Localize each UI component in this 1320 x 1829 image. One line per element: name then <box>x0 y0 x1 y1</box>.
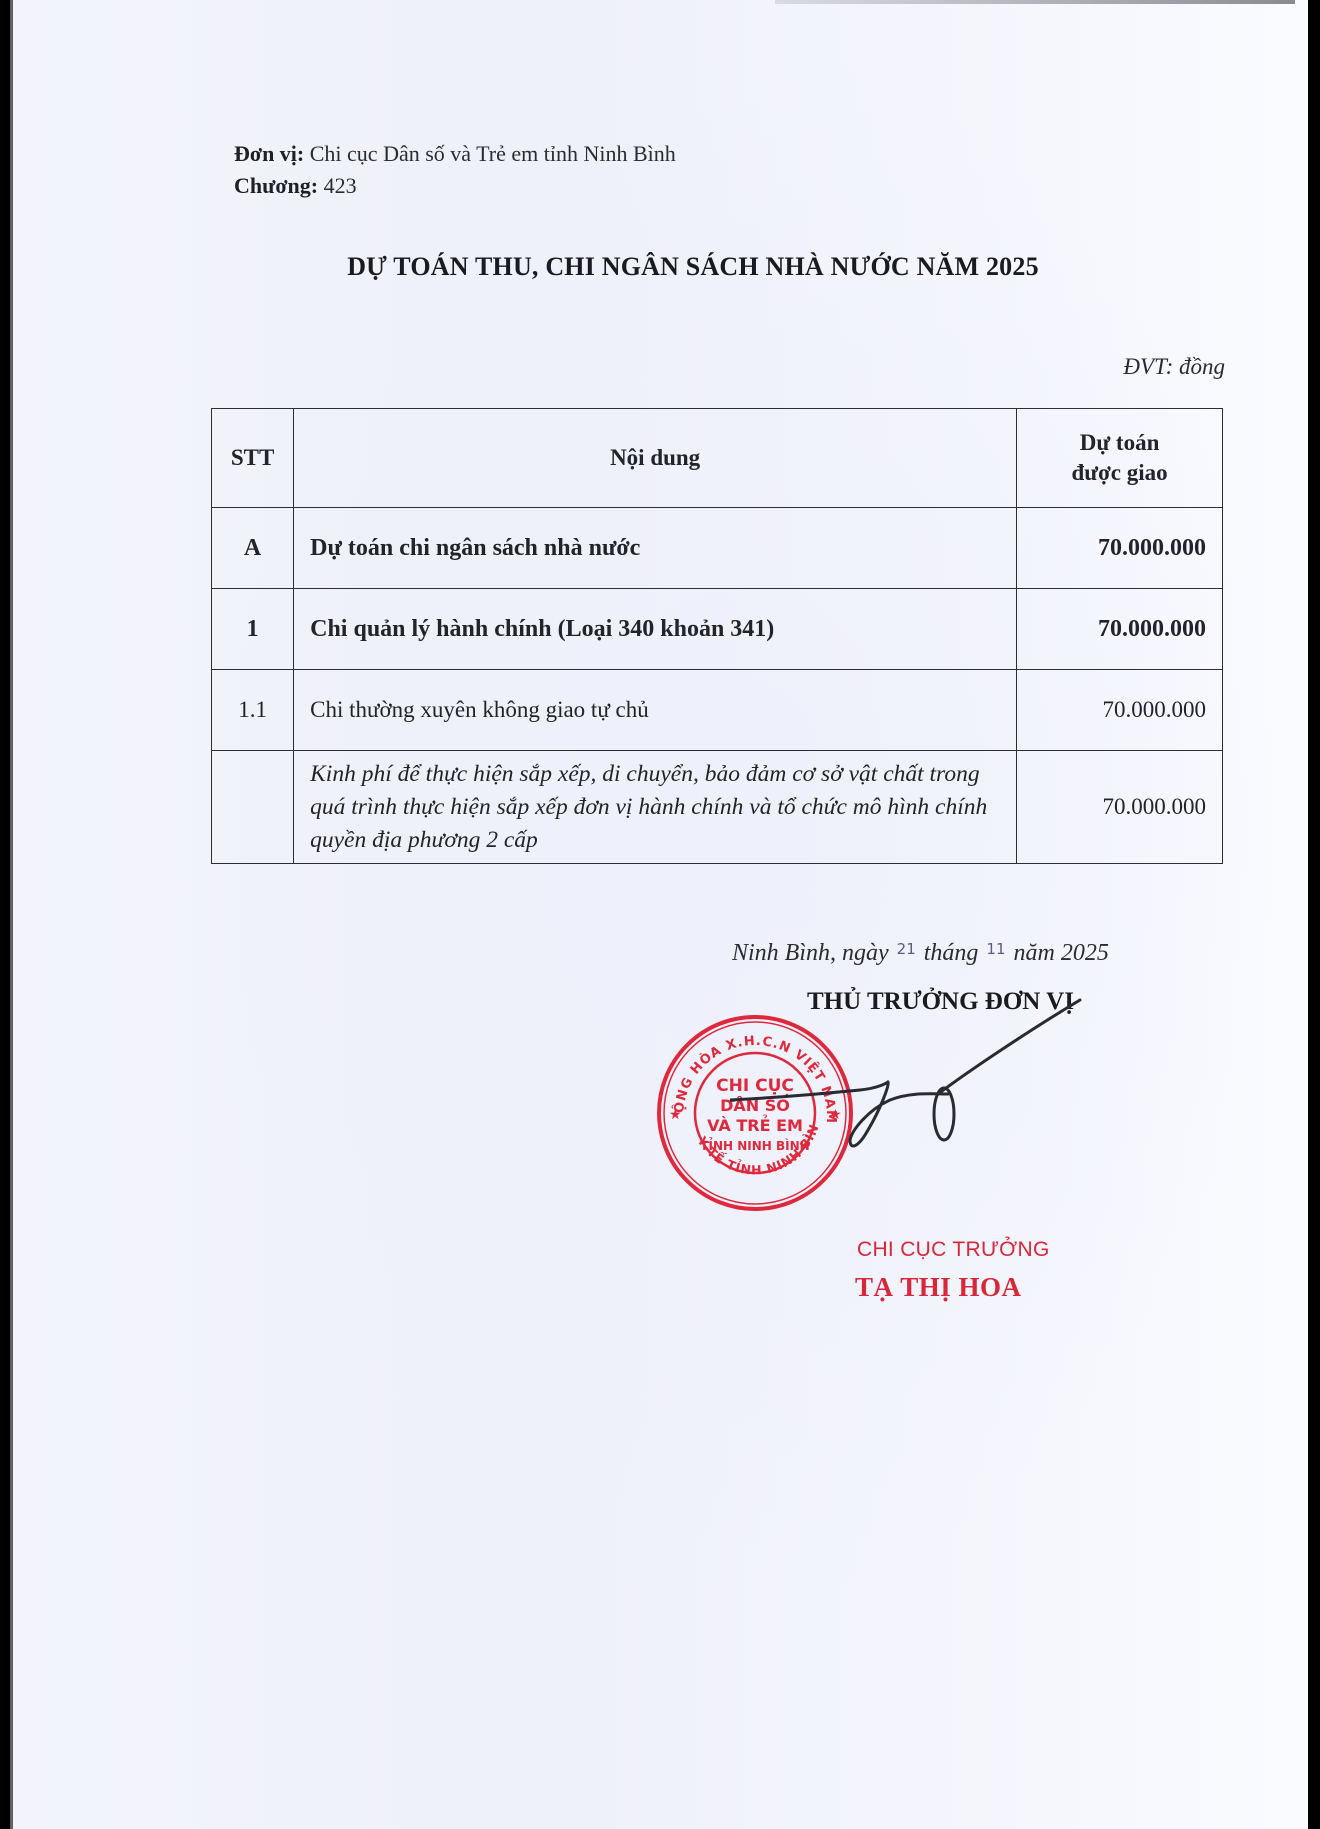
year-text: năm 2025 <box>1014 940 1109 966</box>
currency-unit-note: ĐVT: đồng <box>1123 354 1225 380</box>
row-amount: 70.000.000 <box>1017 508 1223 589</box>
chapter-value: 423 <box>324 173 357 198</box>
row-stt: A <box>212 508 294 589</box>
header-content: Nội dung <box>294 409 1017 508</box>
scan-edge-line <box>775 0 1295 4</box>
unit-value: Chi cục Dân số và Trẻ em tỉnh Ninh Bình <box>310 141 676 166</box>
handwritten-signature-icon <box>730 990 1170 1170</box>
unit-info: Đơn vị: Chi cục Dân số và Trẻ em tỉnh Ni… <box>234 138 676 202</box>
date-prefix: Ninh Bình, ngày <box>732 940 889 966</box>
row-content: Chi quản lý hành chính (Loại 340 khoản 3… <box>294 589 1017 670</box>
table-header-row: STT Nội dung Dự toán được giao <box>212 409 1223 508</box>
row-stt <box>212 751 294 864</box>
signer-title: CHI CỤC TRƯỞNG <box>857 1238 1050 1262</box>
handwritten-day: 21 <box>897 940 916 958</box>
budget-table: STT Nội dung Dự toán được giao A Dự toán… <box>211 408 1223 864</box>
row-amount: 70.000.000 <box>1017 670 1223 751</box>
row-amount: 70.000.000 <box>1017 751 1223 864</box>
unit-line: Đơn vị: Chi cục Dân số và Trẻ em tỉnh Ni… <box>234 138 676 170</box>
signer-name: TẠ THỊ HOA <box>855 1272 1022 1303</box>
header-amount-line2: được giao <box>1033 458 1206 488</box>
handwritten-month: 11 <box>986 940 1005 958</box>
document-page: Đơn vị: Chi cục Dân số và Trẻ em tỉnh Ni… <box>10 0 1313 1829</box>
month-label: tháng <box>924 940 979 966</box>
row-content: Dự toán chi ngân sách nhà nước <box>294 508 1017 589</box>
svg-text:★: ★ <box>669 1107 682 1123</box>
header-stt: STT <box>212 409 294 508</box>
scan-border <box>1308 0 1320 1829</box>
table-row: 1.1 Chi thường xuyên không giao tự chủ 7… <box>212 670 1223 751</box>
document-title: DỰ TOÁN THU, CHI NGÂN SÁCH NHÀ NƯỚC NĂM … <box>13 252 1313 282</box>
unit-label: Đơn vị: <box>234 141 304 166</box>
table-row: Kinh phí để thực hiện sắp xếp, di chuyển… <box>212 751 1223 864</box>
row-content: Chi thường xuyên không giao tự chủ <box>294 670 1017 751</box>
chapter-label: Chương: <box>234 173 318 198</box>
table-row: A Dự toán chi ngân sách nhà nước 70.000.… <box>212 508 1223 589</box>
row-content: Kinh phí để thực hiện sắp xếp, di chuyển… <box>294 751 1017 864</box>
row-stt: 1.1 <box>212 670 294 751</box>
table-row: 1 Chi quản lý hành chính (Loại 340 khoản… <box>212 589 1223 670</box>
header-amount-line1: Dự toán <box>1033 428 1206 458</box>
header-amount: Dự toán được giao <box>1017 409 1223 508</box>
row-stt: 1 <box>212 589 294 670</box>
sign-date: Ninh Bình, ngày 21 tháng 11 năm 2025 <box>732 940 1109 967</box>
chapter-line: Chương: 423 <box>234 170 676 202</box>
row-amount: 70.000.000 <box>1017 589 1223 670</box>
